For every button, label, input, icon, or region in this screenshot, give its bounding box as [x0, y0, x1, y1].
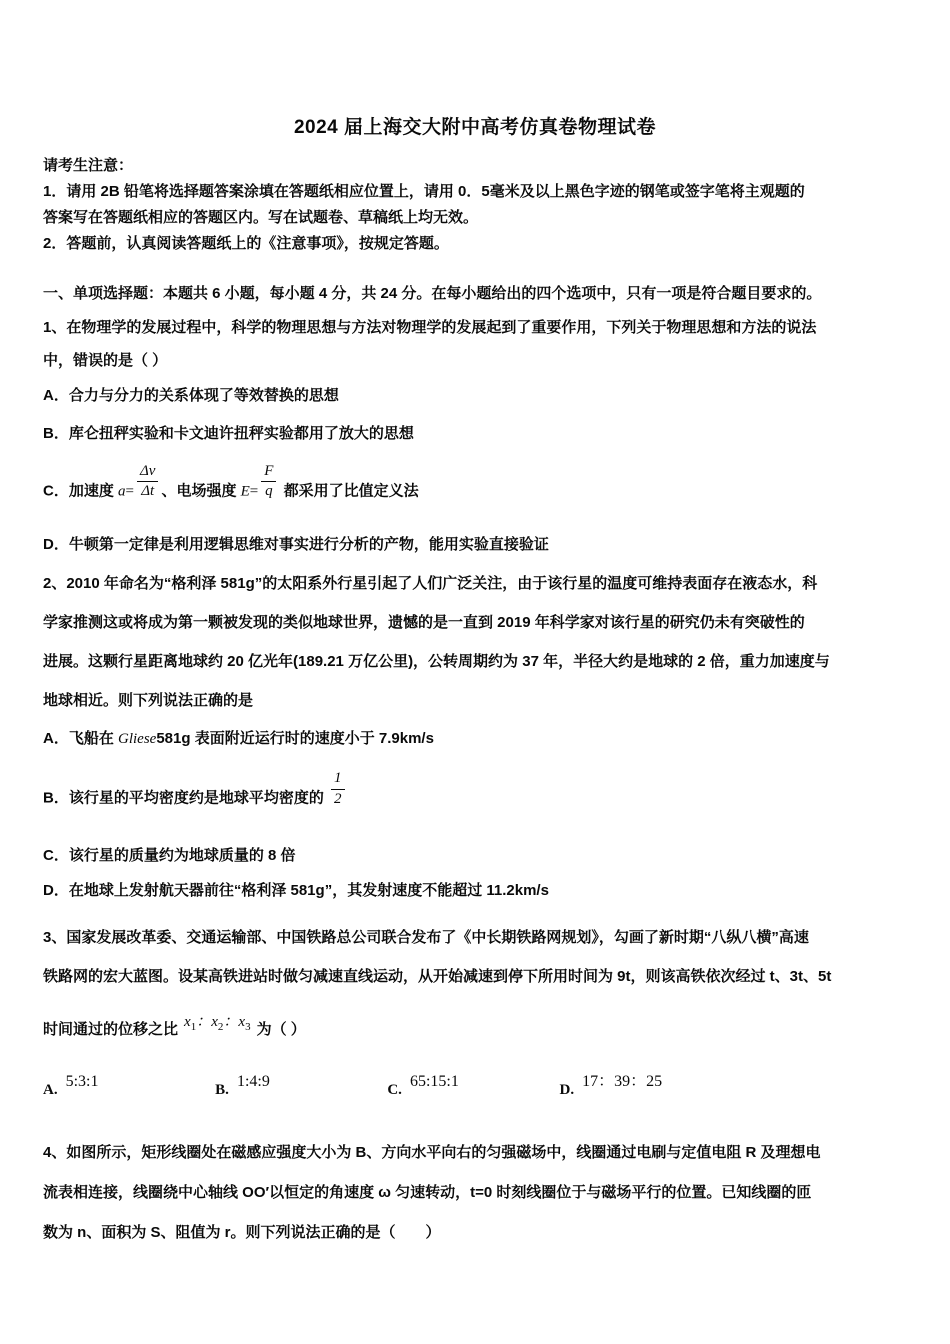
question-3-options-row: A.5:3:1 B.1:4:9 C.65:15:1 D.17：39：25: [43, 1073, 907, 1107]
fraction-dv-dt: ΔvΔt: [137, 463, 158, 501]
question-2-option-c: C．该行星的质量约为地球质量的 8 倍: [43, 838, 907, 873]
notice-line-2: 答案写在答题纸相应的答题区内。写在试题卷、草稿纸上均无效。: [43, 205, 907, 231]
question-2-option-d: D．在地球上发射航天器前往“格利泽 581g”，其发射速度不能超过 11.2km…: [43, 873, 907, 908]
variable-E: E: [241, 483, 250, 499]
question-1-option-a: A．合力与分力的关系体现了等效替换的思想: [43, 377, 907, 415]
option-letter: D.: [560, 1082, 575, 1098]
ratio-line-post: 为（ ）: [257, 1021, 306, 1038]
displacement-ratio: x1：x2：x3: [184, 1014, 251, 1030]
option-value: 1:4:9: [237, 1073, 270, 1090]
question-1-stem: 1、在物理学的发展过程中，科学的物理思想与方法对物理学的发展起到了重要作用，下列…: [43, 311, 907, 377]
option-letter: B.: [215, 1082, 229, 1098]
option-c-text-mid: 、电场强度: [161, 482, 240, 499]
page-title: 2024 届上海交大附中高考仿真卷物理试卷: [43, 112, 907, 139]
question-2-stem: 2、2010 年命名为“格利泽 581g”的太阳系外行星引起了人们广泛关注，由于…: [43, 564, 907, 720]
question-4: 4、如图所示，矩形线圈处在磁感应强度大小为 B、方向水平向右的匀强磁场中，线圈通…: [43, 1133, 907, 1253]
fraction-denominator: Δt: [137, 482, 158, 500]
option-c-text-pre: C．加速度: [43, 482, 118, 499]
planet-name-gliese: Gliese: [118, 731, 156, 747]
option-letter: A.: [43, 1082, 58, 1098]
question-2: 2、2010 年命名为“格利泽 581g”的太阳系外行星引起了人们广泛关注，由于…: [43, 564, 907, 907]
question-2-option-a: A．飞船在 Gliese581g 表面附近运行时的速度小于 7.9km/s: [43, 720, 907, 758]
question-4-stem-line-2: 流表相连接，线圈绕中心轴线 OO′以恒定的角速度 ω 匀速转动，t=0 时刻线圈…: [43, 1173, 907, 1213]
question-3: 3、国家发展改革委、交通运输部、中国铁路总公司联合发布了《中长期铁路网规划》，勾…: [43, 918, 907, 1107]
option-a-text-post: 581g 表面附近运行时的速度小于 7.9km/s: [156, 730, 434, 747]
question-3-stem-line-2: 铁路网的宏大蓝图。设某高铁进站时做匀减速直线运动，从开始减速到停下所用时间为 9…: [43, 957, 907, 996]
question-1-option-c: C．加速度 a=ΔvΔt、电场强度 E=Fq 都采用了比值定义法: [43, 463, 907, 510]
question-1-option-d: D．牛顿第一定律是利用逻辑思维对事实进行分析的产物，能用实验直接验证: [43, 526, 907, 564]
option-value: 17：39：25: [582, 1073, 662, 1090]
question-4-stem: 4、如图所示，矩形线圈处在磁感应强度大小为 B、方向水平向右的匀强磁场中，线圈通…: [43, 1133, 907, 1253]
question-4-stem-line-1: 4、如图所示，矩形线圈处在磁感应强度大小为 B、方向水平向右的匀强磁场中，线圈通…: [43, 1133, 907, 1173]
question-2-stem-line-1: 2、2010 年命名为“格利泽 581g”的太阳系外行星引起了人们广泛关注，由于…: [43, 564, 907, 603]
question-1: 1、在物理学的发展过程中，科学的物理思想与方法对物理学的发展起到了重要作用，下列…: [43, 311, 907, 564]
question-2-option-b: B．该行星的平均密度约是地球平均密度的 12: [43, 770, 907, 817]
option-value: 5:3:1: [66, 1073, 99, 1090]
question-3-ratio-line: 时间通过的位移之比x1：x2：x3为（ ）: [43, 1010, 907, 1055]
section-1-heading: 一、单项选择题：本题共 6 小题，每小题 4 分，共 24 分。在每小题给出的四…: [43, 281, 907, 307]
ratio-colon: ：: [196, 1014, 211, 1030]
question-3-stem: 3、国家发展改革委、交通运输部、中国铁路总公司联合发布了《中长期铁路网规划》，勾…: [43, 918, 907, 996]
notice-heading: 请考生注意：: [43, 153, 907, 179]
notice-line-3: 2．答题前，认真阅读答题纸上的《注意事项》，按规定答题。: [43, 231, 907, 257]
ratio-colon: ：: [223, 1014, 238, 1030]
fraction-numerator: Δv: [137, 463, 158, 482]
fraction-numerator: F: [261, 463, 276, 482]
option-value: 65:15:1: [410, 1073, 459, 1090]
option-c-text-post: 都采用了比值定义法: [279, 482, 418, 499]
question-2-stem-line-2: 学家推测这或将成为第一颗被发现的类似地球世界，遗憾的是一直到 2019 年科学家…: [43, 603, 907, 642]
equals-sign: =: [126, 483, 134, 499]
question-3-option-a: A.5:3:1: [43, 1073, 211, 1107]
fraction-one-half: 12: [331, 770, 345, 808]
option-a-text-pre: A．飞船在: [43, 730, 118, 747]
fraction-denominator: q: [261, 482, 276, 500]
ratio-x2: x: [211, 1014, 218, 1030]
option-b-text: B．该行星的平均密度约是地球平均密度的: [43, 790, 328, 807]
fraction-F-q: Fq: [261, 463, 276, 501]
question-1-stem-line-1: 1、在物理学的发展过程中，科学的物理思想与方法对物理学的发展起到了重要作用，下列…: [43, 311, 907, 344]
ratio-x1: x: [184, 1014, 191, 1030]
question-2-stem-line-4: 地球相近。则下列说法正确的是: [43, 681, 907, 720]
ratio-sub3: 3: [245, 1021, 251, 1033]
notice-line-1: 1．请用 2B 铅笔将选择题答案涂填在答题纸相应位置上，请用 0．5毫米及以上黑…: [43, 179, 907, 205]
question-3-option-d: D.17：39：25: [560, 1073, 728, 1107]
question-1-stem-line-2: 中，错误的是（ ）: [43, 344, 907, 377]
ratio-line-pre: 时间通过的位移之比: [43, 1021, 178, 1038]
question-3-option-c: C.65:15:1: [387, 1073, 555, 1107]
question-4-stem-line-3: 数为 n、面积为 S、阻值为 r。则下列说法正确的是（ ）: [43, 1213, 907, 1253]
question-3-stem-line-1: 3、国家发展改革委、交通运输部、中国铁路总公司联合发布了《中长期铁路网规划》，勾…: [43, 918, 907, 957]
notice-section: 请考生注意： 1．请用 2B 铅笔将选择题答案涂填在答题纸相应位置上，请用 0．…: [43, 153, 907, 257]
exam-page: 2024 届上海交大附中高考仿真卷物理试卷 请考生注意： 1．请用 2B 铅笔将…: [0, 0, 950, 1253]
question-1-option-b: B．库仑扭秤实验和卡文迪许扭秤实验都用了放大的思想: [43, 415, 907, 453]
option-letter: C.: [387, 1082, 402, 1098]
variable-a: a: [118, 483, 126, 499]
question-2-stem-line-3: 进展。这颗行星距离地球约 20 亿光年(189.21 万亿公里)，公转周期约为 …: [43, 642, 907, 681]
fraction-numerator: 1: [331, 770, 345, 789]
fraction-denominator: 2: [331, 790, 345, 808]
question-3-option-b: B.1:4:9: [215, 1073, 383, 1107]
equals-sign: =: [250, 483, 258, 499]
